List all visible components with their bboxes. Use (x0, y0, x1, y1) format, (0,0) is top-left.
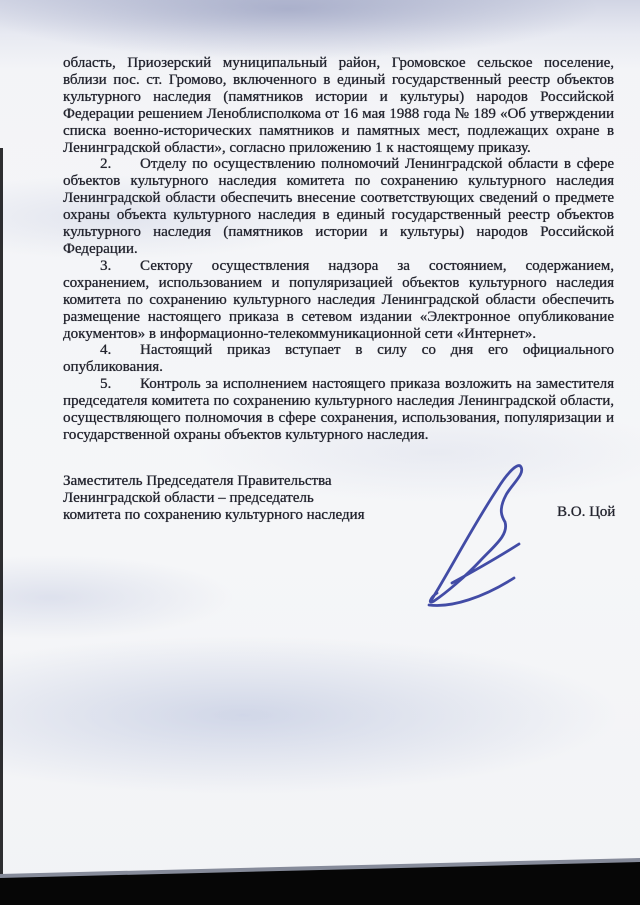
scan-left-edge-artifact (0, 148, 3, 878)
scanned-document-page: область, Приозерский муниципальный район… (0, 0, 640, 905)
paragraph-2: 2.Отделу по осуществлению полномочий Лен… (63, 156, 614, 257)
paragraph-number: 4. (63, 342, 140, 359)
paragraph-4: 4.Настоящий приказ вступает в силу со дн… (63, 342, 614, 376)
paragraph-3: 3.Сектору осуществления надзора за состо… (63, 258, 614, 343)
signer-name: В.О. Цой (557, 504, 615, 521)
paragraph-continued: область, Приозерский муниципальный район… (63, 55, 614, 156)
paragraph-text: область, Приозерский муниципальный район… (63, 55, 614, 156)
paragraph-text: Контроль за исполнением настоящего прика… (63, 376, 614, 443)
paragraph-number: 3. (63, 258, 140, 275)
paragraph-5: 5.Контроль за исполнением настоящего при… (63, 376, 614, 444)
signer-title-line: Ленинградской области – председатель (63, 490, 614, 507)
signature-block: Заместитель Председателя Правительства Л… (63, 473, 614, 533)
paragraph-text: Настоящий приказ вступает в силу со дня … (63, 342, 614, 375)
signer-title-line: Заместитель Председателя Правительства (63, 473, 614, 490)
paragraph-text: Отделу по осуществлению полномочий Ленин… (63, 156, 614, 257)
paragraph-number: 5. (63, 376, 140, 393)
signer-title-line: комитета по сохранению культурного насле… (63, 507, 614, 524)
paragraph-text: Сектору осуществления надзора за состоян… (63, 258, 614, 342)
document-text-block: область, Приозерский муниципальный район… (63, 55, 614, 533)
paragraph-number: 2. (63, 156, 140, 173)
